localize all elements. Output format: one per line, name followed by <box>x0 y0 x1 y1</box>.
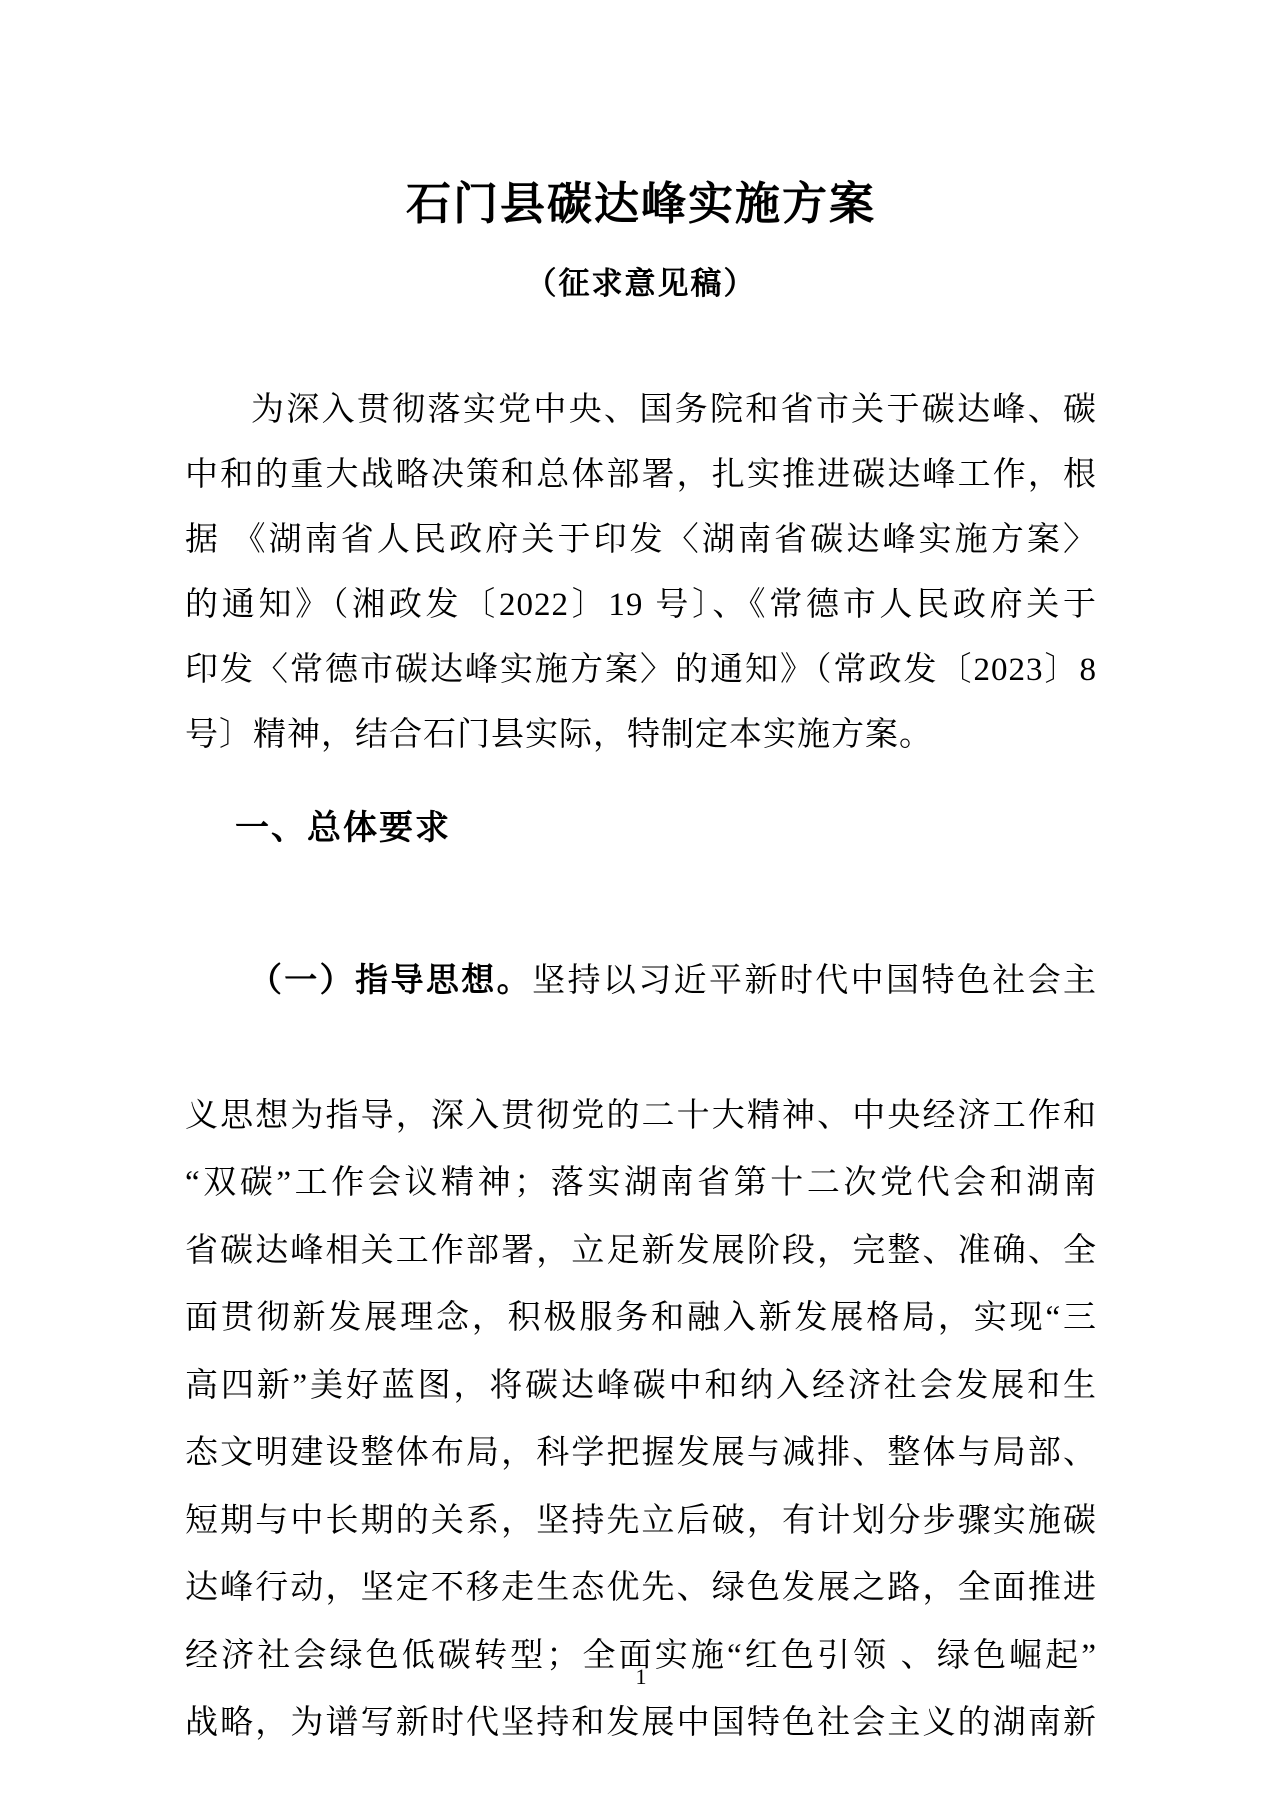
text-line: 面贯彻新发展理念，积极服务和融入新发展格局，实现“三 <box>185 1285 1097 1353</box>
guiding-ideology-paragraph: （一）指导思想。坚持以习近平新时代中国特色社会主 义思想为指导，深入贯彻党的二十… <box>185 880 1097 1758</box>
text-line: 号〕精神，结合石门县实际，特制定本实施方案。 <box>185 703 1097 768</box>
text-line: 短期与中长期的关系，坚持先立后破，有计划分步骤实施碳 <box>185 1488 1097 1556</box>
text-line: 高四新”美好蓝图，将碳达峰碳中和纳入经济社会发展和生 <box>185 1353 1097 1421</box>
text-line: “双碳”工作会议精神；落实湖南省第十二次党代会和湖南 <box>185 1150 1097 1218</box>
section-heading: 一、总体要求 <box>235 798 451 858</box>
intro-paragraph: 为深入贯彻落实党中央、国务院和省市关于碳达峰、碳中和的重大战略决策和总体部署，扎… <box>185 378 1097 768</box>
paragraph-lead: （一）指导思想。 <box>249 963 532 999</box>
document-title: 石门县碳达峰实施方案 <box>0 178 1282 230</box>
page-number: 1 <box>0 1662 1282 1692</box>
text-line: 义思想为指导，深入贯彻党的二十大精神、中央经济工作和 <box>185 1083 1097 1151</box>
text-line: 印发〈常德市碳达峰实施方案〉的通知》（常政发〔2023〕8 <box>185 638 1097 703</box>
text-line: 省碳达峰相关工作部署，立足新发展阶段，完整、准确、全 <box>185 1218 1097 1286</box>
text-line: 战略，为谱写新时代坚持和发展中国特色社会主义的湖南新 <box>185 1690 1097 1758</box>
document-page: 石门县碳达峰实施方案 （征求意见稿） 为深入贯彻落实党中央、国务院和省市关于碳达… <box>0 0 1282 1817</box>
text-line: 达峰行动，坚定不移走生态优先、绿色发展之路，全面推进 <box>185 1555 1097 1623</box>
text-line: 为深入贯彻落实党中央、国务院和省市关于碳达峰、碳 <box>185 378 1097 443</box>
document-subtitle: （征求意见稿） <box>0 264 1282 304</box>
text-line: 的通知》（湘政发〔2022〕19 号〕、《常德市人民政府关于 <box>185 573 1097 638</box>
text-line: 据 《湖南省人民政府关于印发〈湖南省碳达峰实施方案〉 <box>185 508 1097 573</box>
text-line: （一）指导思想。坚持以习近平新时代中国特色社会主 <box>185 880 1097 1083</box>
paragraph-first-line-text: 坚持以习近平新时代中国特色社会主 <box>532 963 1097 999</box>
text-line: 中和的重大战略决策和总体部署，扎实推进碳达峰工作，根 <box>185 443 1097 508</box>
text-line: 态文明建设整体布局，科学把握发展与减排、整体与局部、 <box>185 1420 1097 1488</box>
